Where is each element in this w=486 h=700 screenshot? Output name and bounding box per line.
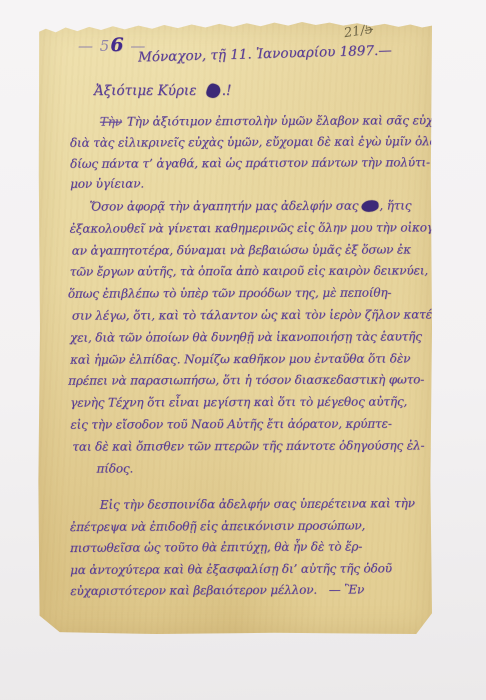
page-number-digit-5: 5 (100, 37, 111, 55)
page-number-digit-6: 6 (110, 34, 124, 56)
paragraph-2: Ὅσον ἀφορᾷ τὴν ἀγαπητήν μας ἀδελφήν σας,… (70, 195, 431, 480)
salutation-line: Ἀξιότιμε Κύριε .! (94, 83, 231, 99)
letter-paper: — 56 — 21/5 Μόναχον, τῇ 11. Ἰανουαρίου 1… (38, 22, 432, 634)
handwriting-line: ΤὴνΤὴν ἀξιότιμον ἐπιστολὴν ὑμῶν ἔλαβον κ… (70, 110, 430, 132)
line-text: Ὅσον ἀφορᾷ τὴν ἀγαπητήν μας ἀδελφήν σας (90, 199, 359, 214)
handwriting-line: μα ἀντοχύτερα καὶ θὰ ἐξασφαλίσῃ δι’ αὐτῆ… (70, 558, 430, 581)
closing-mark: — Ἓν (329, 583, 365, 597)
salutation-punct: .! (222, 83, 232, 99)
handwriting-line: ἐξακολουθεῖ νὰ γίνεται καθημερινῶς εἰς ὅ… (70, 217, 430, 240)
handwriting-line: ἐπέτρεψα νὰ ἐπιδοθῇ εἰς ἀπεικόνισιν προσ… (70, 515, 430, 538)
handwriting-line: Εἰς τὴν δεσποινίδα ἀδελφήν σας ὑπερέτειν… (70, 493, 430, 516)
handwriting-line: τῶν ἔργων αὐτῆς, τὰ ὁποῖα ἀπὸ καιροῦ εἰς… (70, 261, 430, 284)
handwriting-line: ται δὲ καὶ ὄπισθεν τῶν πτερῶν τῆς πάντοτ… (72, 435, 430, 458)
ink-blot-icon (205, 82, 222, 99)
handwriting-line: μον ὑγίειαν. (70, 173, 430, 195)
salutation-text: Ἀξιότιμε Κύριε (94, 83, 196, 99)
page-number-dash-left: — (78, 37, 94, 55)
handwriting-line: εἰς τὴν εἴσοδον τοῦ Ναοῦ Αὐτῆς ἔτι ἀόρατ… (70, 413, 430, 436)
handwriting-line: πίδος. (68, 457, 430, 480)
archive-number: 21/5 (343, 22, 374, 41)
handwriting-line: καὶ ἡμῶν ἐλπίδας. Νομίζω καθῆκον μου ἐντ… (70, 348, 430, 371)
archive-number-denominator: 5 (364, 22, 375, 38)
paragraph-1: ΤὴνΤὴν ἀξιότιμον ἐπιστολὴν ὑμῶν ἔλαβον κ… (70, 110, 430, 195)
handwriting-line: εὐχαριστότερον καὶ βεβαιότερον μέλλον. —… (70, 579, 430, 602)
line-text: εὐχαριστότερον καὶ βεβαιότερον μέλλον. (70, 583, 317, 598)
paragraph-3: Εἰς τὴν δεσποινίδα ἀδελφήν σας ὑπερέτειν… (70, 493, 431, 603)
page-number: — 56 — (78, 34, 146, 56)
handwriting-line: σιν λέγω, ὅτι, καὶ τὸ τάλαντον ὡς καὶ τὸ… (72, 304, 430, 327)
handwriting-line: πιστωθεῖσα ὡς τοῦτο θὰ ἐπιτύχῃ, θὰ ἦν δὲ… (70, 536, 430, 559)
handwriting-line: γενὴς Τέχνη ὅτι εἶναι μεγίστη καὶ ὅτι τὸ… (70, 392, 430, 415)
handwriting-line: δίως πάντα τ’ ἀγαθά, καὶ ὡς πράτιστον πά… (70, 152, 430, 174)
ink-blot-icon (361, 200, 379, 213)
handwriting-line: αν ἀγαπητοτέρα, δύναμαι νὰ βεβαιώσω ὑμᾶς… (72, 239, 430, 262)
handwriting-line: Ὅσον ἀφορᾷ τὴν ἀγαπητήν μας ἀδελφήν σας,… (68, 195, 430, 218)
struck-word: Τὴν (100, 115, 122, 129)
handwriting-line: διὰ τὰς εἰλικρινεῖς εὐχὰς ὑμῶν, εὔχομαι … (70, 131, 430, 153)
handwriting-line: χει, διὰ τῶν ὁποίων θὰ δυνηθῇ νὰ ἱκανοπο… (70, 326, 430, 349)
handwriting-line: ὅπως ἐπιβλέπω τὸ ὑπὲρ τῶν προόδων της, μ… (68, 283, 430, 306)
handwriting-line: πρέπει νὰ παρασιωπήσω, ὅτι ἡ τόσον διασκ… (68, 370, 430, 393)
line-text: , ἥτις (379, 198, 411, 212)
dateline: Μόναχον, τῇ 11. Ἰανουαρίου 1897.— (138, 42, 392, 65)
line-text: Τὴν ἀξιότιμον ἐπιστολὴν ὑμῶν ἔλαβον καὶ … (127, 113, 477, 129)
